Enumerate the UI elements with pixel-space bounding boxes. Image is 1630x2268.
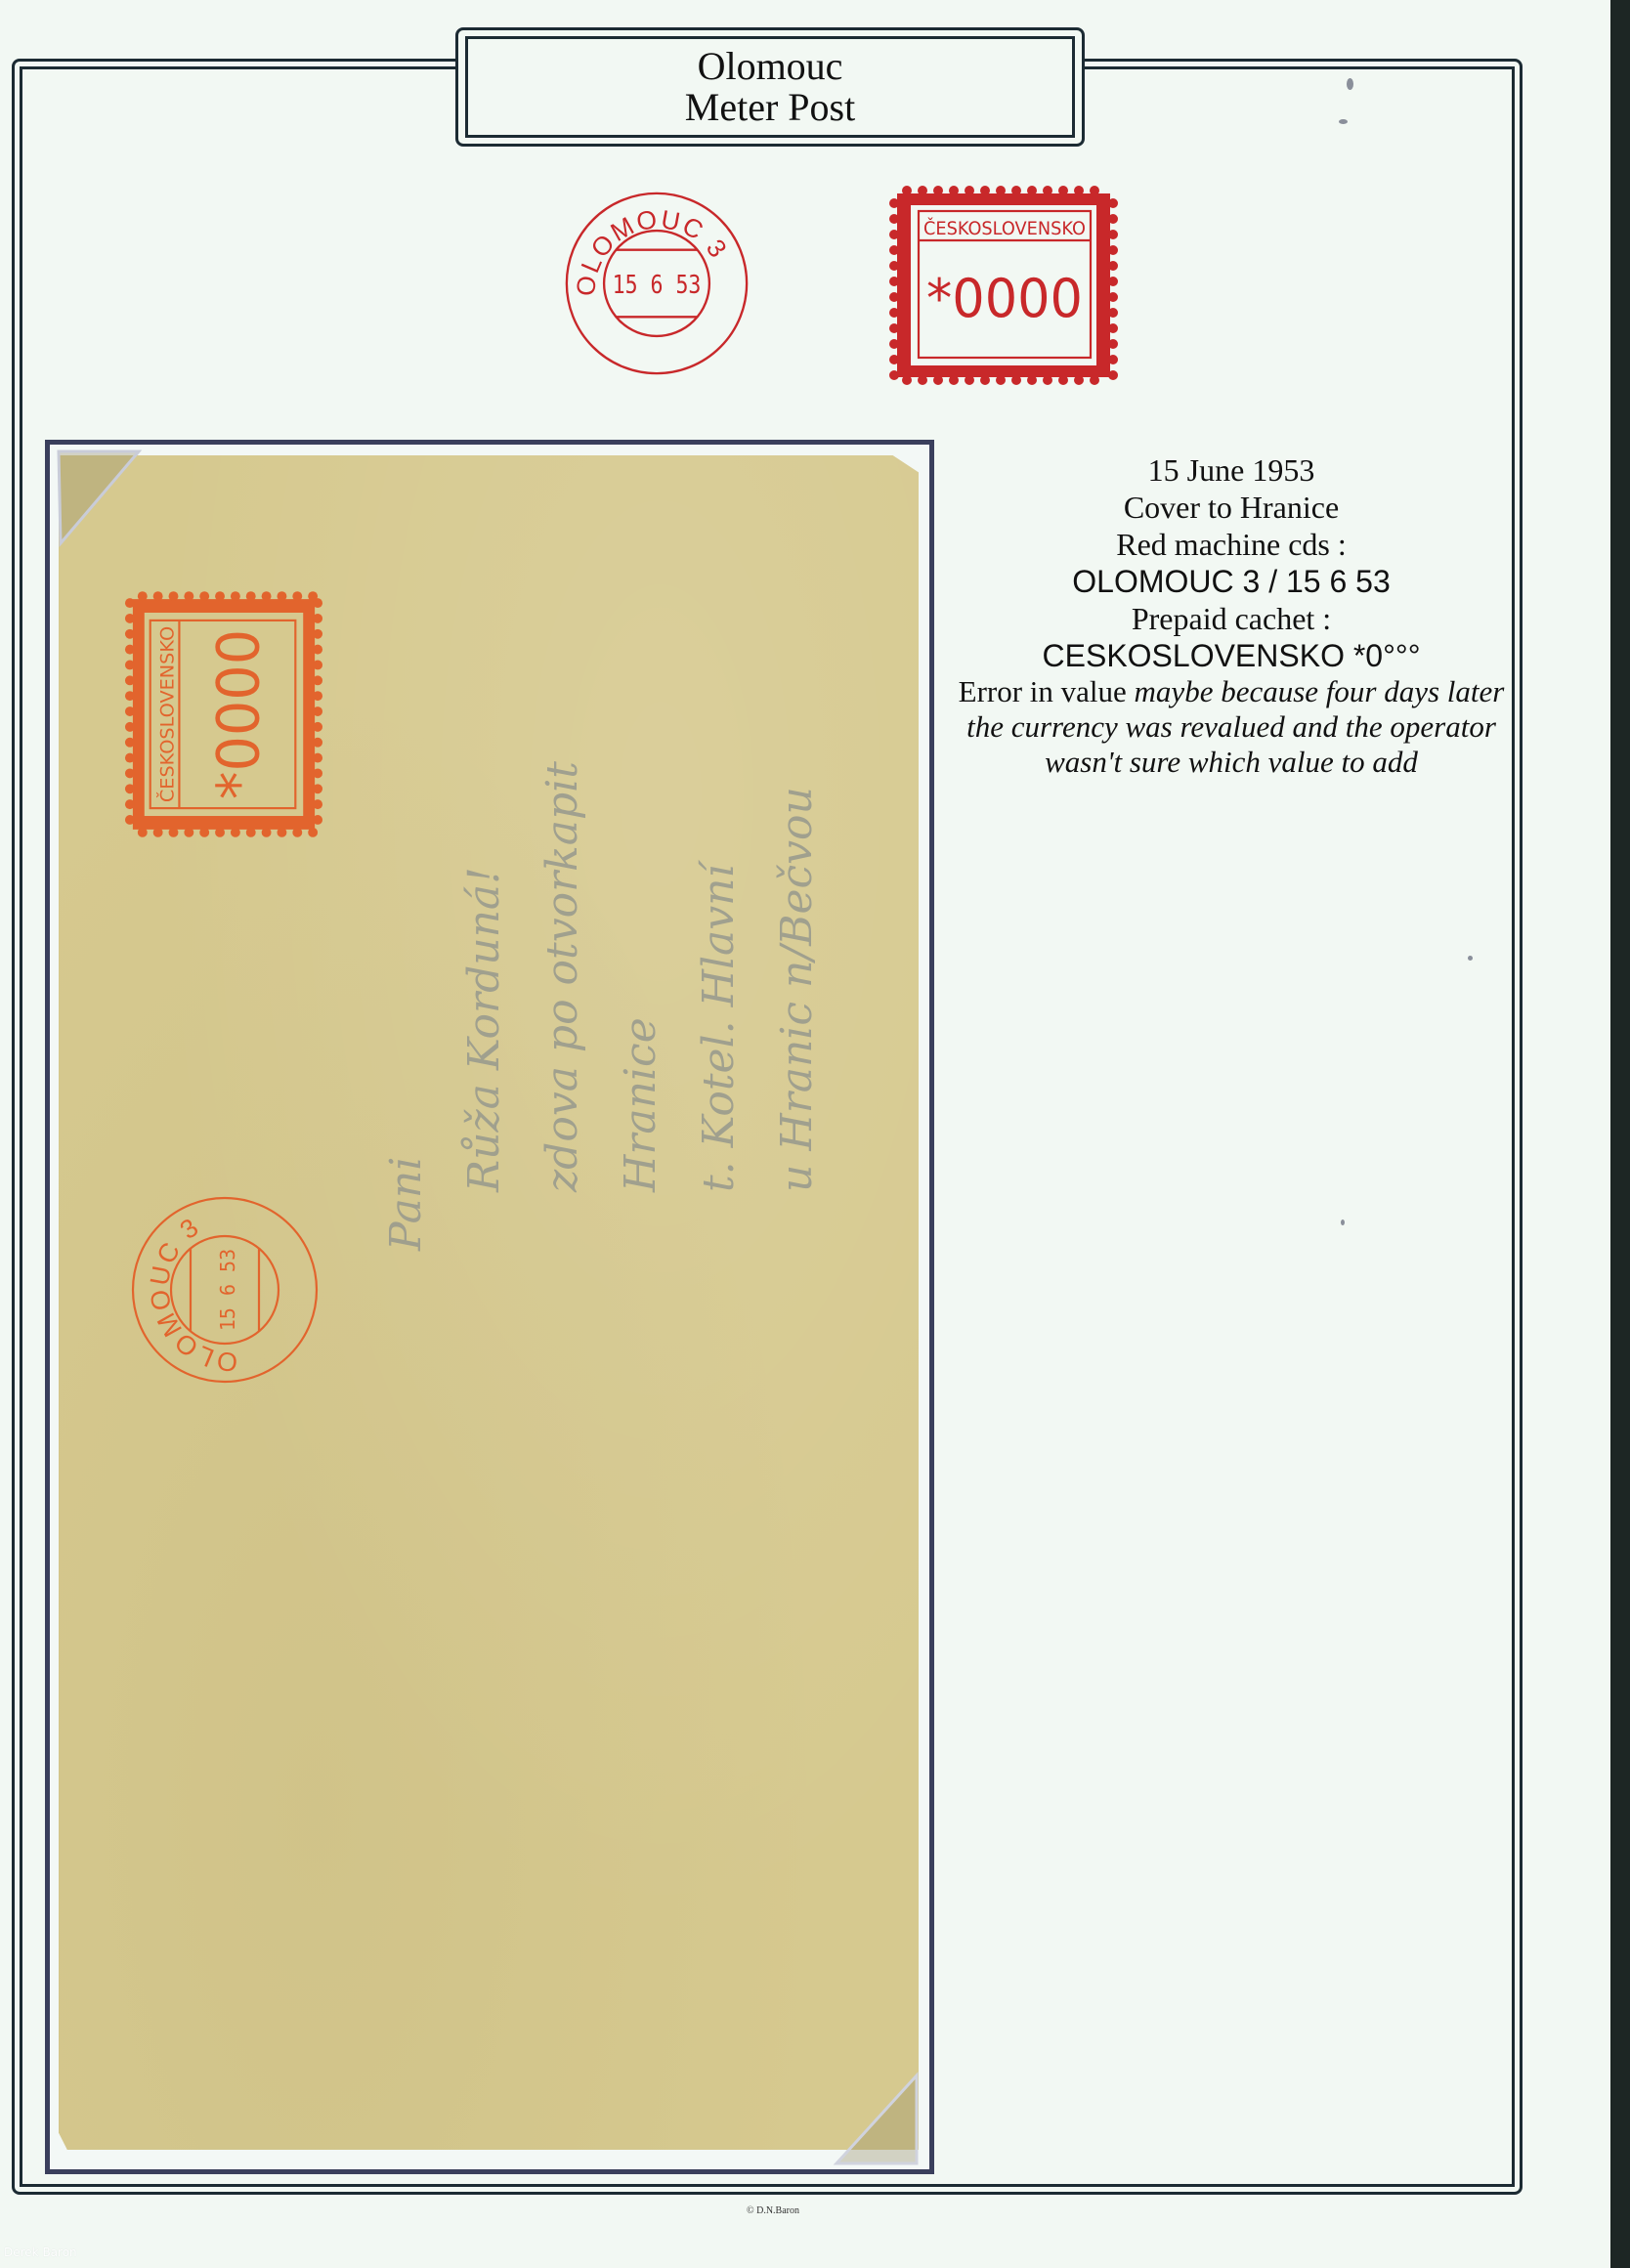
handwritten-address: PaniRůža Korduná!zdova po otvorkapitHran…	[352, 684, 899, 1290]
copyright-notice: © D.N.Baron	[747, 2205, 799, 2216]
title-box: Olomouc Meter Post	[465, 36, 1075, 138]
caption-note-lead: Error in value	[959, 674, 1127, 708]
cds-date: 15 6 53	[613, 270, 702, 299]
caption-cover-destination: Cover to Hranice	[938, 489, 1524, 526]
handwriting-line: u Hranic n/Bečvou	[772, 787, 822, 1192]
cover-meter-impression: ČESKOSLOVENSKO *0000	[121, 586, 326, 842]
page-title: Olomouc	[698, 46, 843, 87]
caption-block: 15 June 1953 Cover to Hranice Red machin…	[938, 451, 1524, 780]
meter-stamp-illustration: ČESKOSLOVENSKO *0000	[885, 182, 1122, 389]
scan-speck	[1339, 119, 1348, 124]
watermark: Derek Baron	[4, 2246, 77, 2259]
svg-text:15 6 53: 15 6 53	[216, 1249, 239, 1331]
photo-corner-bottom-right	[833, 2072, 921, 2167]
scan-speck	[1468, 956, 1473, 961]
cover-meter-value: *0000	[206, 629, 274, 799]
photo-corner-top-left	[57, 449, 145, 547]
scan-speck	[1341, 1220, 1345, 1225]
caption-note: Error in value maybe because four days l…	[938, 674, 1524, 780]
handwriting-line: Pani	[381, 1157, 431, 1252]
caption-cds-label: Red machine cds :	[938, 526, 1524, 563]
meter-country: ČESKOSLOVENSKO	[923, 216, 1086, 239]
page-subtitle: Meter Post	[685, 87, 855, 128]
scan-speck	[1347, 78, 1353, 90]
caption-cachet-label: Prepaid cachet :	[938, 600, 1524, 637]
caption-cds-value: OLOMOUC 3 / 15 6 53	[938, 563, 1524, 600]
handwriting-line: Růža Korduná!	[459, 867, 509, 1193]
handwriting-line: zdova po otvorkapit	[537, 761, 587, 1193]
cover-meter-country: ČESKOSLOVENSKO	[154, 626, 178, 802]
scan-edge-strip	[1610, 0, 1630, 2268]
handwriting-line: Hranice	[616, 1017, 665, 1193]
caption-cachet-value: CESKOSLOVENSKO *0°°°	[938, 637, 1524, 674]
caption-date: 15 June 1953	[938, 451, 1524, 489]
meter-value: *0000	[926, 268, 1083, 329]
cover-cds-impression: OLOMOUC 3 15 6 53	[127, 1192, 322, 1388]
cds-postmark-illustration: OLOMOUC 3 15 6 53	[561, 188, 752, 379]
handwriting-line: t. Kotel. Hlavní	[694, 860, 744, 1192]
